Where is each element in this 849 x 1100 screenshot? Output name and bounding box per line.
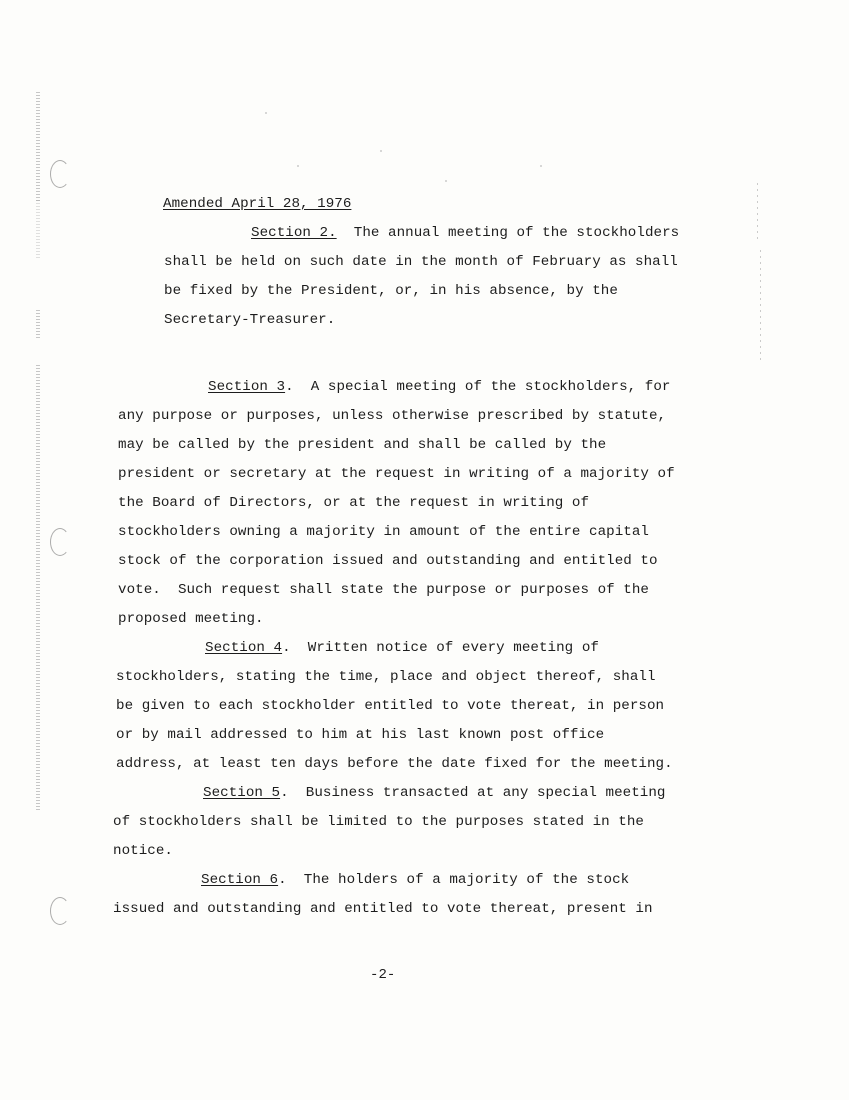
- section-3-line: may be called by the president and shall…: [118, 436, 606, 454]
- right-edge-artifact: [757, 183, 758, 243]
- section-6-heading: Section 6: [201, 872, 278, 888]
- section-3-line: any purpose or purposes, unless otherwis…: [118, 407, 666, 425]
- section-4-line: stockholders, stating the time, place an…: [116, 668, 656, 686]
- amendment-note: Amended April 28, 1976: [163, 195, 351, 213]
- section-3-line: vote. Such request shall state the purpo…: [118, 581, 649, 599]
- page-number: -2-: [370, 966, 395, 984]
- section-3-line: stockholders owning a majority in amount…: [118, 523, 649, 541]
- section-4-line: be given to each stockholder entitled to…: [116, 697, 664, 715]
- section-2-line: be fixed by the President, or, in his ab…: [164, 282, 618, 300]
- section-5-line: notice.: [113, 842, 173, 860]
- speck: [380, 150, 382, 152]
- section-6-text: . The holders of a majority of the stock: [278, 872, 629, 888]
- section-3-line: proposed meeting.: [118, 610, 264, 628]
- right-edge-artifact: [760, 250, 761, 360]
- binder-edge-artifact: [36, 92, 40, 202]
- punch-hole-mark: [50, 528, 70, 556]
- section-5-heading: Section 5: [203, 785, 280, 801]
- section-5-first-line: Section 5. Business transacted at any sp…: [203, 784, 665, 802]
- punch-hole-mark: [50, 897, 70, 925]
- punch-hole-mark: [50, 160, 70, 188]
- section-3-line: stock of the corporation issued and outs…: [118, 552, 658, 570]
- section-2-heading: Section 2.: [251, 225, 337, 241]
- speck: [265, 112, 267, 114]
- section-4-line: address, at least ten days before the da…: [116, 755, 673, 773]
- binder-edge-artifact: [36, 310, 40, 340]
- section-4-line: or by mail addressed to him at his last …: [116, 726, 604, 744]
- section-2-first-line: Section 2. The annual meeting of the sto…: [251, 224, 679, 242]
- speck: [297, 165, 299, 167]
- section-2-line: Secretary-Treasurer.: [164, 311, 335, 329]
- section-3-line: president or secretary at the request in…: [118, 465, 675, 483]
- section-3-line: the Board of Directors, or at the reques…: [118, 494, 589, 512]
- section-3-heading: Section 3: [208, 379, 285, 395]
- speck: [540, 165, 542, 167]
- section-6-line: issued and outstanding and entitled to v…: [113, 900, 653, 918]
- section-3-text: . A special meeting of the stockholders,…: [285, 379, 670, 395]
- binder-edge-artifact: [36, 365, 40, 810]
- section-5-text: . Business transacted at any special mee…: [280, 785, 665, 801]
- section-6-first-line: Section 6. The holders of a majority of …: [201, 871, 629, 889]
- section-2-line: shall be held on such date in the month …: [164, 253, 678, 271]
- section-4-heading: Section 4: [205, 640, 282, 656]
- section-5-line: of stockholders shall be limited to the …: [113, 813, 644, 831]
- binder-edge-artifact: [36, 200, 40, 260]
- section-2-text: The annual meeting of the stockholders: [337, 225, 680, 241]
- section-4-text: . Written notice of every meeting of: [282, 640, 599, 656]
- section-3-first-line: Section 3. A special meeting of the stoc…: [208, 378, 670, 396]
- speck: [445, 180, 447, 182]
- section-4-first-line: Section 4. Written notice of every meeti…: [205, 639, 599, 657]
